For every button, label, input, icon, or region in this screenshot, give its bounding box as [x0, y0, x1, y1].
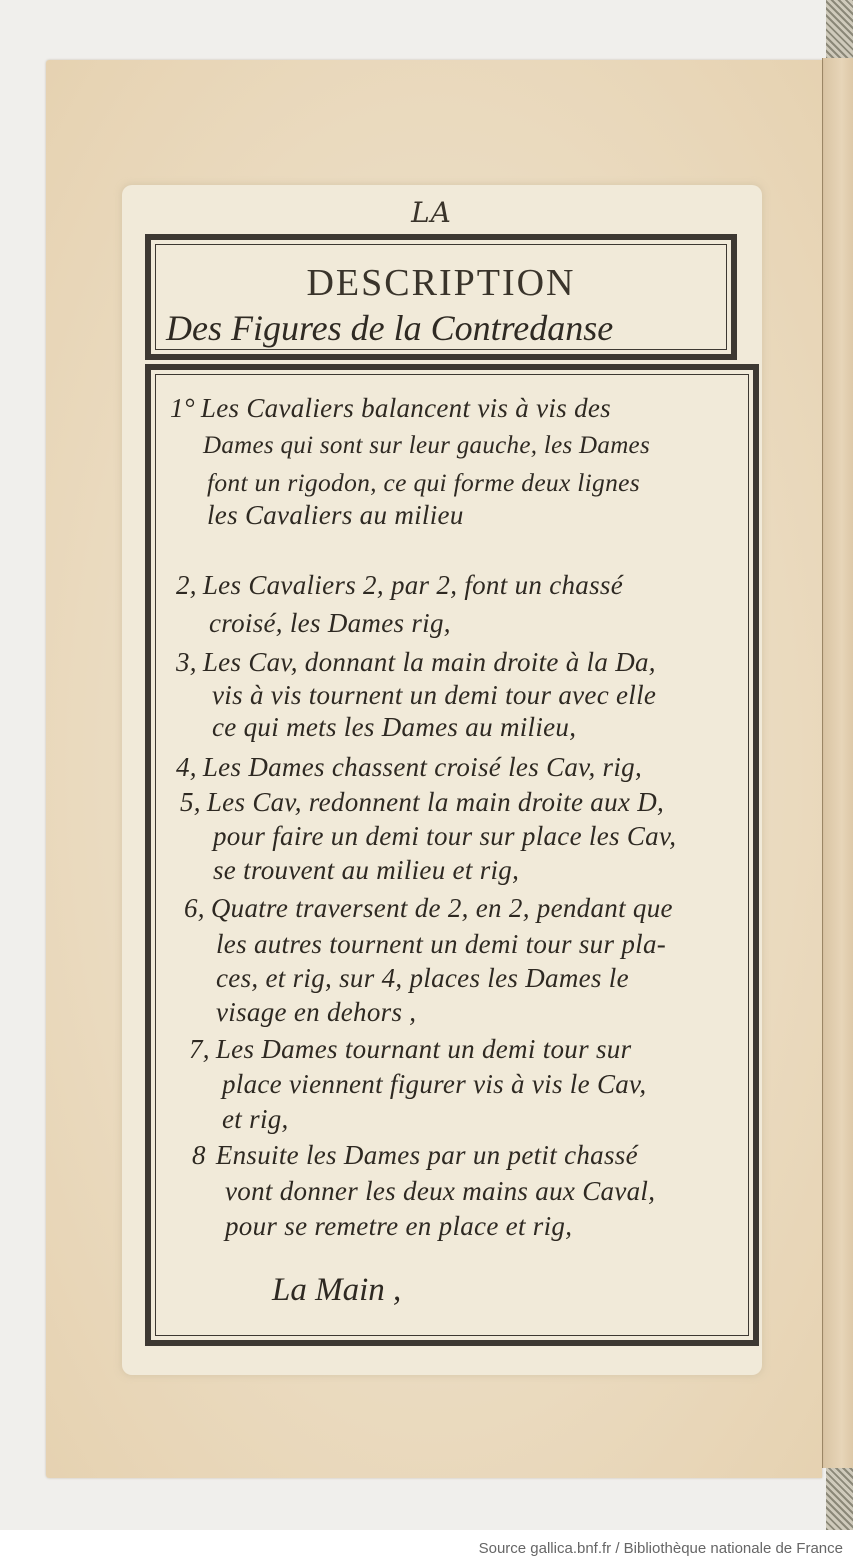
figure-list: 1°Les Cavaliers balancent vis à vis des … [0, 0, 853, 1566]
figure-3-line-1: 3,Les Cav, donnant la main droite à la D… [176, 647, 656, 678]
figure-5-line-2: pour faire un demi tour sur place les Ca… [213, 821, 676, 852]
figure-number: 3, [176, 647, 197, 678]
figure-3-line-3: ce qui mets les Dames au milieu, [212, 712, 576, 743]
figure-8-line-2: vont donner les deux mains aux Caval, [225, 1176, 655, 1207]
figure-2-line-1: 2,Les Cavaliers 2, par 2, font un chassé [176, 570, 623, 601]
figure-8-line-3: pour se remetre en place et rig, [225, 1211, 572, 1242]
figure-number: 1° [170, 393, 195, 424]
figure-5-line-3: se trouvent au milieu et rig, [213, 855, 519, 886]
figure-1-line-2: Dames qui sont sur leur gauche, les Dame… [203, 432, 650, 460]
figure-7-line-3: et rig, [222, 1104, 289, 1135]
source-attribution: Source gallica.bnf.fr / Bibliothèque nat… [479, 1540, 843, 1557]
figure-1-line-3: font un rigodon, ce qui forme deux ligne… [207, 468, 640, 498]
figure-number: 2, [176, 570, 197, 601]
footer-bar: Source gallica.bnf.fr / Bibliothèque nat… [0, 1530, 853, 1566]
figure-number: 7, [189, 1034, 210, 1065]
figure-number: 6, [184, 893, 205, 924]
figure-number: 4, [176, 752, 197, 783]
figure-3-line-2: vis à vis tournent un demi tour avec ell… [212, 680, 656, 711]
figure-1-line-1: 1°Les Cavaliers balancent vis à vis des [170, 393, 611, 424]
figure-6-line-2: les autres tournent un demi tour sur pla… [216, 929, 666, 960]
figure-1-line-4: les Cavaliers au milieu [207, 500, 464, 531]
figure-5-line-1: 5,Les Cav, redonnent la main droite aux … [180, 787, 664, 818]
figure-number: 8 [192, 1140, 206, 1171]
figure-number: 5, [180, 787, 201, 818]
figure-7-line-2: place viennent figurer vis à vis le Cav, [222, 1069, 646, 1100]
figure-6-line-4: visage en dehors , [216, 997, 416, 1028]
figure-8-line-1: 8Ensuite les Dames par un petit chassé [192, 1140, 638, 1171]
figure-4-line-1: 4,Les Dames chassent croisé les Cav, rig… [176, 752, 642, 783]
figure-2-line-2: croisé, les Dames rig, [209, 608, 451, 639]
figure-6-line-3: ces, et rig, sur 4, places les Dames le [216, 963, 629, 994]
figure-7-line-1: 7,Les Dames tournant un demi tour sur [189, 1034, 631, 1065]
closing-figure-title: La Main , [272, 1272, 401, 1309]
figure-6-line-1: 6,Quatre traversent de 2, en 2, pendant … [184, 893, 673, 924]
